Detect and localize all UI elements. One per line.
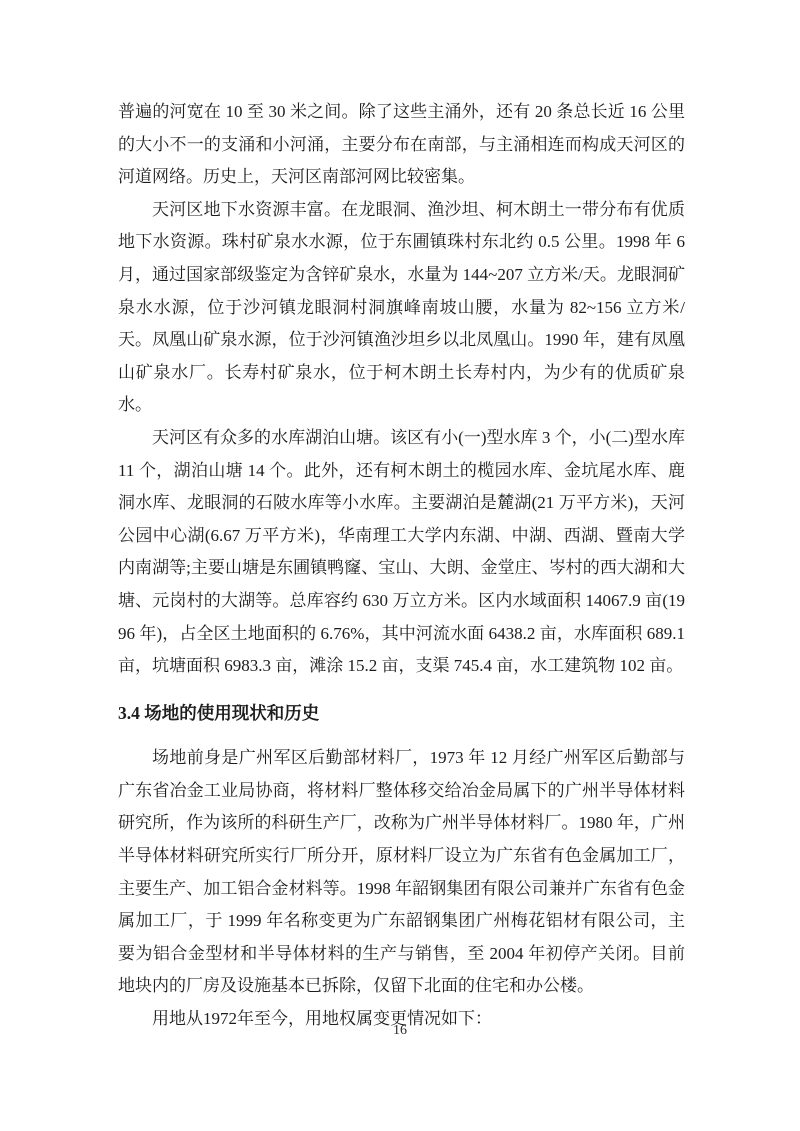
page-number: 16	[0, 1022, 800, 1040]
document-page: 普遍的河宽在 10 至 30 米之间。除了这些主涌外，还有 20 条总长近 16…	[0, 0, 800, 1131]
paragraph-river-network: 普遍的河宽在 10 至 30 米之间。除了这些主涌外，还有 20 条总长近 16…	[118, 96, 685, 194]
paragraph-reservoirs-lakes: 天河区有众多的水库湖泊山塘。该区有小(一)型水库 3 个，小(二)型水库 11 …	[118, 422, 685, 683]
section-heading-3-4: 3.4 场地的使用现状和历史	[118, 697, 685, 730]
paragraph-groundwater-resources: 天河区地下水资源丰富。在龙眼洞、渔沙坦、柯木朗土一带分布有优质地下水资源。珠村矿…	[118, 194, 685, 422]
paragraph-site-history: 场地前身是广州军区后勤部材料厂，1973 年 12 月经广州军区后勤部与广东省冶…	[118, 742, 685, 1003]
text-area: 普遍的河宽在 10 至 30 米之间。除了这些主涌外，还有 20 条总长近 16…	[118, 96, 685, 1036]
